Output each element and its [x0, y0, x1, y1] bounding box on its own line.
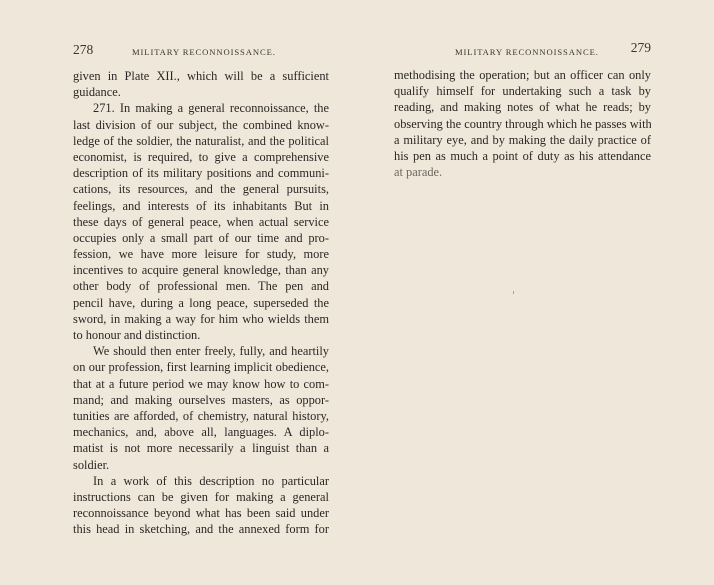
paragraph-start: We should then enter freely, fully, and … [73, 343, 329, 359]
text-line: qualify himself for undertaking such a t… [394, 83, 651, 99]
running-head: MILITARY RECONNOISSANCE. [132, 44, 276, 60]
text-line: economist, is required, to give a compre… [73, 149, 329, 165]
left-page-body: given in Plate XII., which will be a suf… [73, 68, 329, 537]
text-line: reconnoissance beyond what has been said… [73, 505, 329, 521]
text-line: this head in sketching, and the annexed … [73, 521, 329, 537]
text-line: on our profession, first learning implic… [73, 359, 329, 375]
text-line: at parade. [394, 164, 651, 180]
text-line: sword, in making a way for him who wield… [73, 311, 329, 327]
text-line: incentives to acquire general knowledge,… [73, 262, 329, 278]
text-line: soldier. [73, 457, 329, 473]
text-line: reading, and making notes of what he rea… [394, 99, 651, 115]
text-line: tunities are afforded, of chemistry, nat… [73, 408, 329, 424]
page-number: 279 [631, 40, 651, 56]
text-line: cations, its resources, and the general … [73, 181, 329, 197]
text-line: to honour and distinction. [73, 327, 329, 343]
text-line: that at a future period we may know how … [73, 376, 329, 392]
text-line: ledge of the soldier, the naturalist, an… [73, 133, 329, 149]
text-line: feelings, and interests of its inhabitan… [73, 198, 329, 214]
text-line: a military eye, and by making the daily … [394, 132, 651, 148]
text-line: methodising the operation; but an office… [394, 67, 651, 83]
right-page-header: MILITARY RECONNOISSANCE. 279 [394, 42, 651, 58]
right-page-body: methodising the operation; but an office… [394, 67, 651, 180]
left-page-header: 278 MILITARY RECONNOISSANCE. [73, 42, 329, 58]
text-line: mechanics, and, above all, languages. A … [73, 424, 329, 440]
text-line: other body of professional men. The pen … [73, 278, 329, 294]
text-line: fession, we have more leisure for study,… [73, 246, 329, 262]
text-line: guidance. [73, 84, 329, 100]
text-line: description of its military positions an… [73, 165, 329, 181]
text-line: occupies only a small part of our time a… [73, 230, 329, 246]
text-line: these days of general peace, when actual… [73, 214, 329, 230]
scan-speck [513, 291, 514, 294]
text-line: last division of our subject, the combin… [73, 117, 329, 133]
text-line: mand; and making ourselves masters, as o… [73, 392, 329, 408]
text-line: matist is not more necessarily a linguis… [73, 440, 329, 456]
paragraph-271-start: 271. In making a general reconnoissance,… [73, 100, 329, 116]
paragraph-start: In a work of this description no particu… [73, 473, 329, 489]
text-line: instructions can be given for making a g… [73, 489, 329, 505]
page-number: 278 [73, 42, 93, 58]
text-line: given in Plate XII., which will be a suf… [73, 68, 329, 84]
running-head: MILITARY RECONNOISSANCE. [455, 44, 599, 60]
text-line: observing the country through which he p… [394, 116, 651, 132]
right-page: MILITARY RECONNOISSANCE. 279 methodising… [357, 0, 714, 585]
text-line: pencil have, during a long peace, supers… [73, 295, 329, 311]
left-page: 278 MILITARY RECONNOISSANCE. given in Pl… [0, 0, 357, 585]
text-line: his pen as much a point of duty as his a… [394, 148, 651, 164]
